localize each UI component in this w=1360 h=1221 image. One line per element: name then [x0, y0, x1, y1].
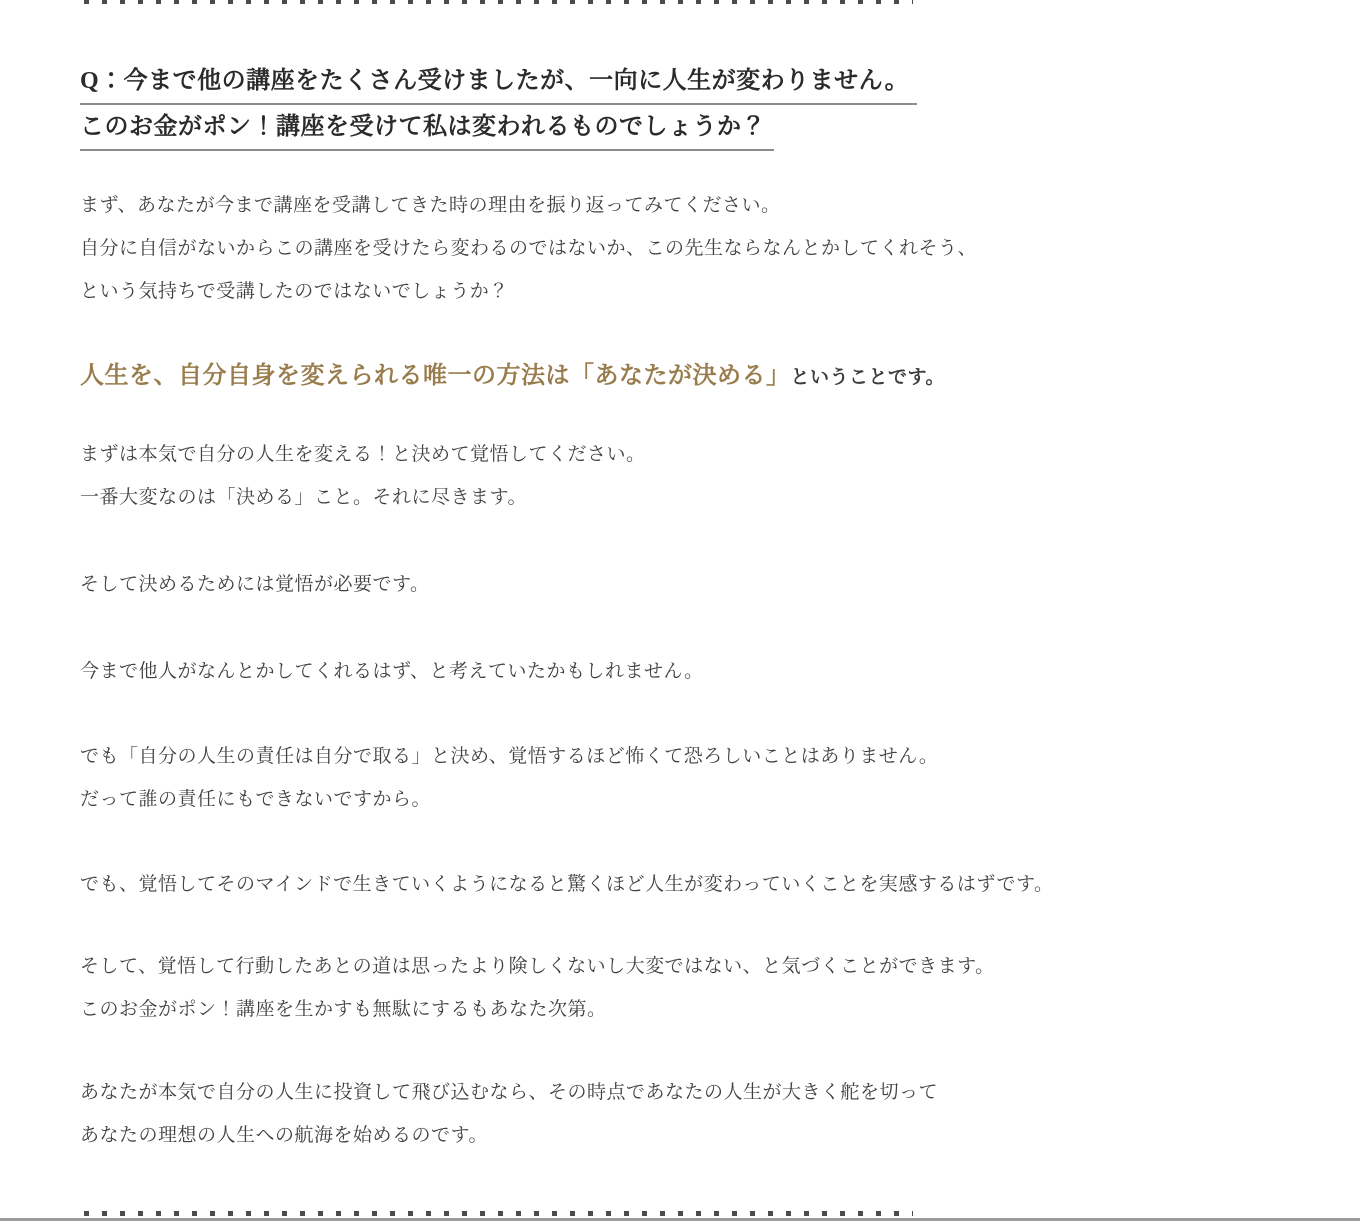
text-line: でも「自分の人生の責任は自分で取る」と決め、覚悟するほど怖くて恐ろしいことはあり… [80, 735, 938, 778]
text-line: 一番大変なのは「決める」こと。それに尽きます。 [80, 476, 646, 519]
emphasis-text: 人生を、自分自身を変えられる唯一の方法は「あなたが決める」 [80, 363, 791, 389]
text-line: だって誰の責任にもできないですから。 [80, 778, 938, 821]
emphasis-suffix-text: ということです。 [791, 367, 945, 388]
question-line-2: このお金がポン！講座を受けて私は変われるものでしょうか？ [80, 112, 774, 151]
text-line: 今まで他人がなんとかしてくれるはず、と考えていたかもしれません。 [80, 650, 704, 693]
dotted-separator-top [84, 0, 913, 4]
text-line: あなたが本気で自分の人生に投資して飛び込むなら、その時点であなたの人生が大きく舵… [80, 1071, 938, 1114]
text-line: まず、あなたが今まで講座を受講してきた時の理由を振り返ってみてください。 [80, 184, 977, 227]
answer-paragraph: 今まで他人がなんとかしてくれるはず、と考えていたかもしれません。 [80, 650, 704, 693]
answer-paragraph: そして、覚悟して行動したあとの道は思ったより険しくないし大変ではない、と気づくこ… [80, 945, 995, 1031]
dotted-separator-bottom [84, 1211, 913, 1216]
answer-paragraph: でも「自分の人生の責任は自分で取る」と決め、覚悟するほど怖くて恐ろしいことはあり… [80, 735, 938, 821]
text-line: あなたの理想の人生への航海を始めるのです。 [80, 1114, 938, 1157]
question-line-1: Q：今まで他の講座をたくさん受けましたが、一向に人生が変わりません。 [80, 66, 917, 105]
answer-intro-paragraph: まず、あなたが今まで講座を受講してきた時の理由を振り返ってみてください。 自分に… [80, 184, 977, 313]
text-line: そして、覚悟して行動したあとの道は思ったより険しくないし大変ではない、と気づくこ… [80, 945, 995, 988]
answer-paragraph: そして決めるためには覚悟が必要です。 [80, 563, 429, 606]
answer-paragraph: あなたが本気で自分の人生に投資して飛び込むなら、その時点であなたの人生が大きく舵… [80, 1071, 938, 1157]
answer-paragraph: でも、覚悟してそのマインドで生きていくようになると驚くほど人生が変わっていくこと… [80, 863, 1053, 906]
text-line: まずは本気で自分の人生を変える！と決めて覚悟してください。 [80, 433, 646, 476]
question-heading: Q：今まで他の講座をたくさん受けましたが、一向に人生が変わりません。 このお金が… [80, 66, 917, 151]
answer-paragraph: まずは本気で自分の人生を変える！と決めて覚悟してください。 一番大変なのは「決め… [80, 433, 646, 519]
text-line: という気持ちで受講したのではないでしょうか？ [80, 270, 977, 313]
faq-page: Q：今まで他の講座をたくさん受けましたが、一向に人生が変わりません。 このお金が… [0, 0, 1360, 1221]
text-line: このお金がポン！講座を生かすも無駄にするもあなた次第。 [80, 988, 995, 1031]
text-line: 自分に自信がないからこの講座を受けたら変わるのではないか、この先生ならなんとかし… [80, 227, 977, 270]
highlight-sentence: 人生を、自分自身を変えられる唯一の方法は「あなたが決める」ということです。 [80, 355, 945, 399]
text-line: でも、覚悟してそのマインドで生きていくようになると驚くほど人生が変わっていくこと… [80, 863, 1053, 906]
text-line: そして決めるためには覚悟が必要です。 [80, 563, 429, 606]
